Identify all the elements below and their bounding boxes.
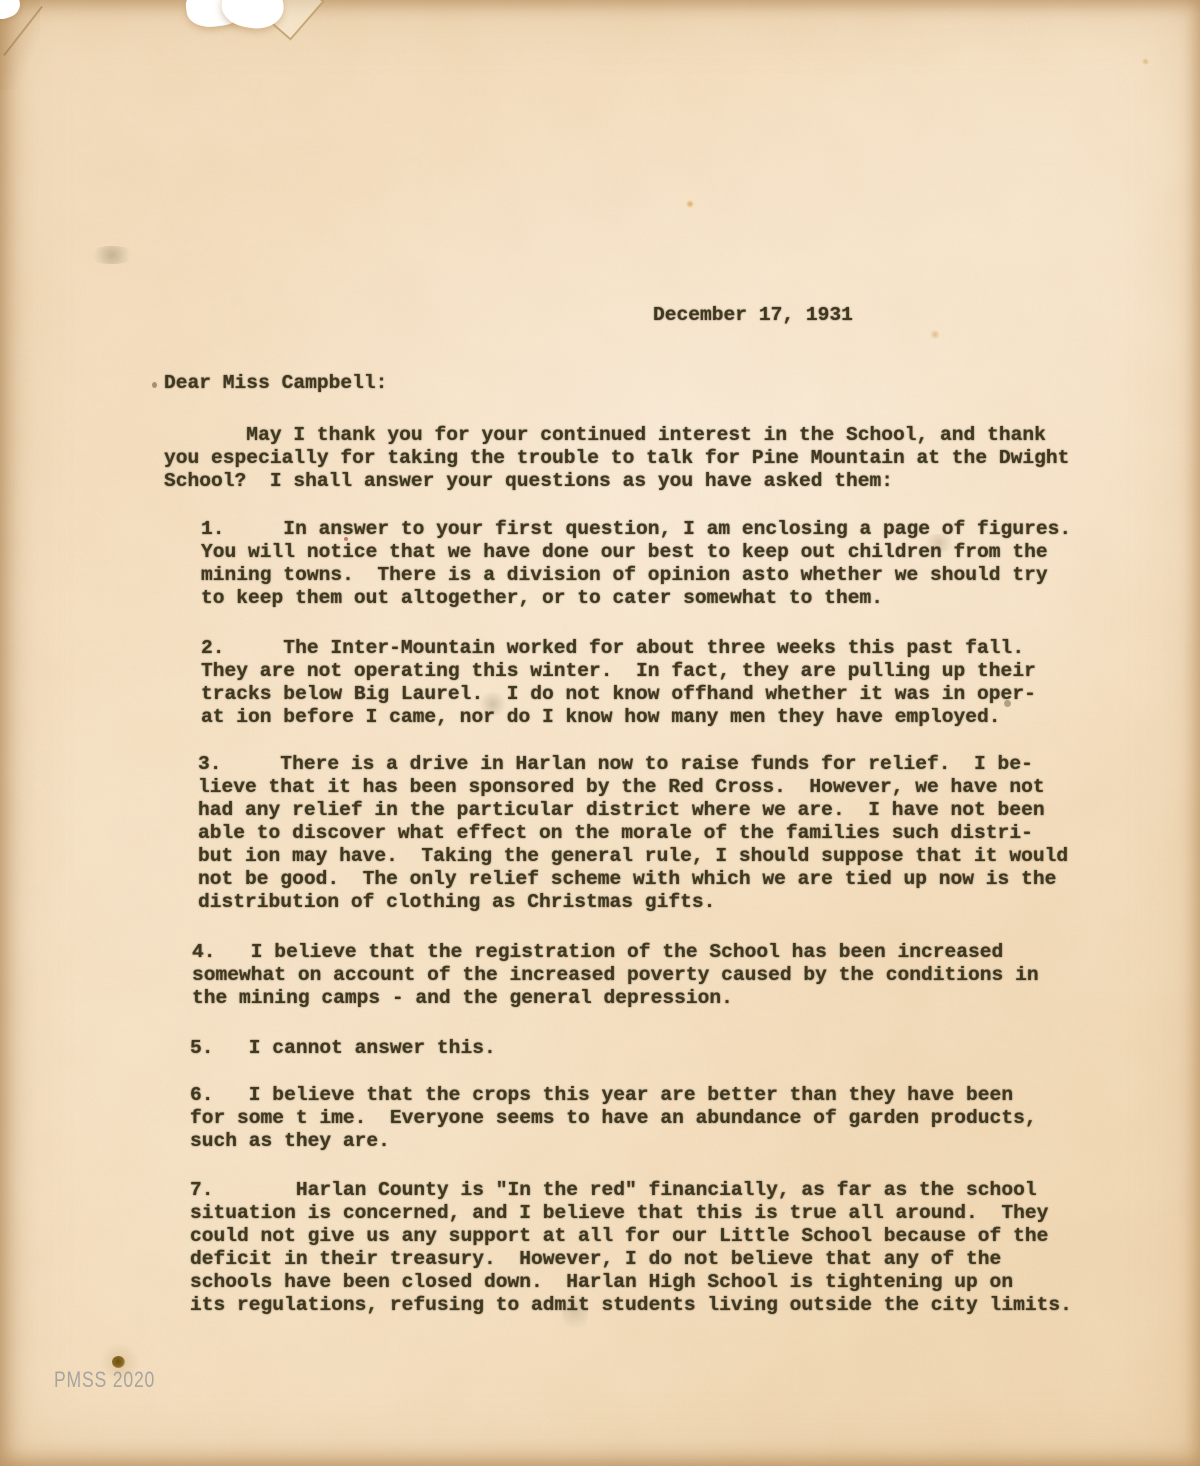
stain bbox=[1142, 58, 1149, 65]
ink-smudge bbox=[88, 246, 136, 264]
stain bbox=[686, 200, 694, 208]
letter-paragraph-7: 7. Harlan County is "In the red" financi… bbox=[190, 1179, 1072, 1317]
letter-date: December 17, 1931 bbox=[653, 304, 853, 327]
letter-intro-paragraph: May I thank you for your continued inter… bbox=[164, 424, 1069, 493]
archive-watermark: PMSS 2020 bbox=[54, 1368, 155, 1392]
letter-paragraph-1: 1. In answer to your first question, I a… bbox=[201, 518, 1071, 610]
stain bbox=[930, 330, 940, 339]
letter-paragraph-6: 6. I believe that the crops this year ar… bbox=[190, 1084, 1037, 1153]
scanned-letter-page: December 17, 1931 Dear Miss Campbell: Ma… bbox=[0, 0, 1200, 1466]
letter-paragraph-5: 5. I cannot answer this. bbox=[190, 1037, 496, 1060]
letter-paragraph-3: 3. There is a drive in Harlan now to rai… bbox=[198, 753, 1068, 914]
letter-paragraph-2: 2. The Inter-Mountain worked for about t… bbox=[201, 637, 1036, 729]
letter-salutation: Dear Miss Campbell: bbox=[164, 372, 387, 395]
ink-smudge bbox=[152, 382, 157, 388]
letter-paragraph-4: 4. I believe that the registration of th… bbox=[192, 941, 1039, 1010]
